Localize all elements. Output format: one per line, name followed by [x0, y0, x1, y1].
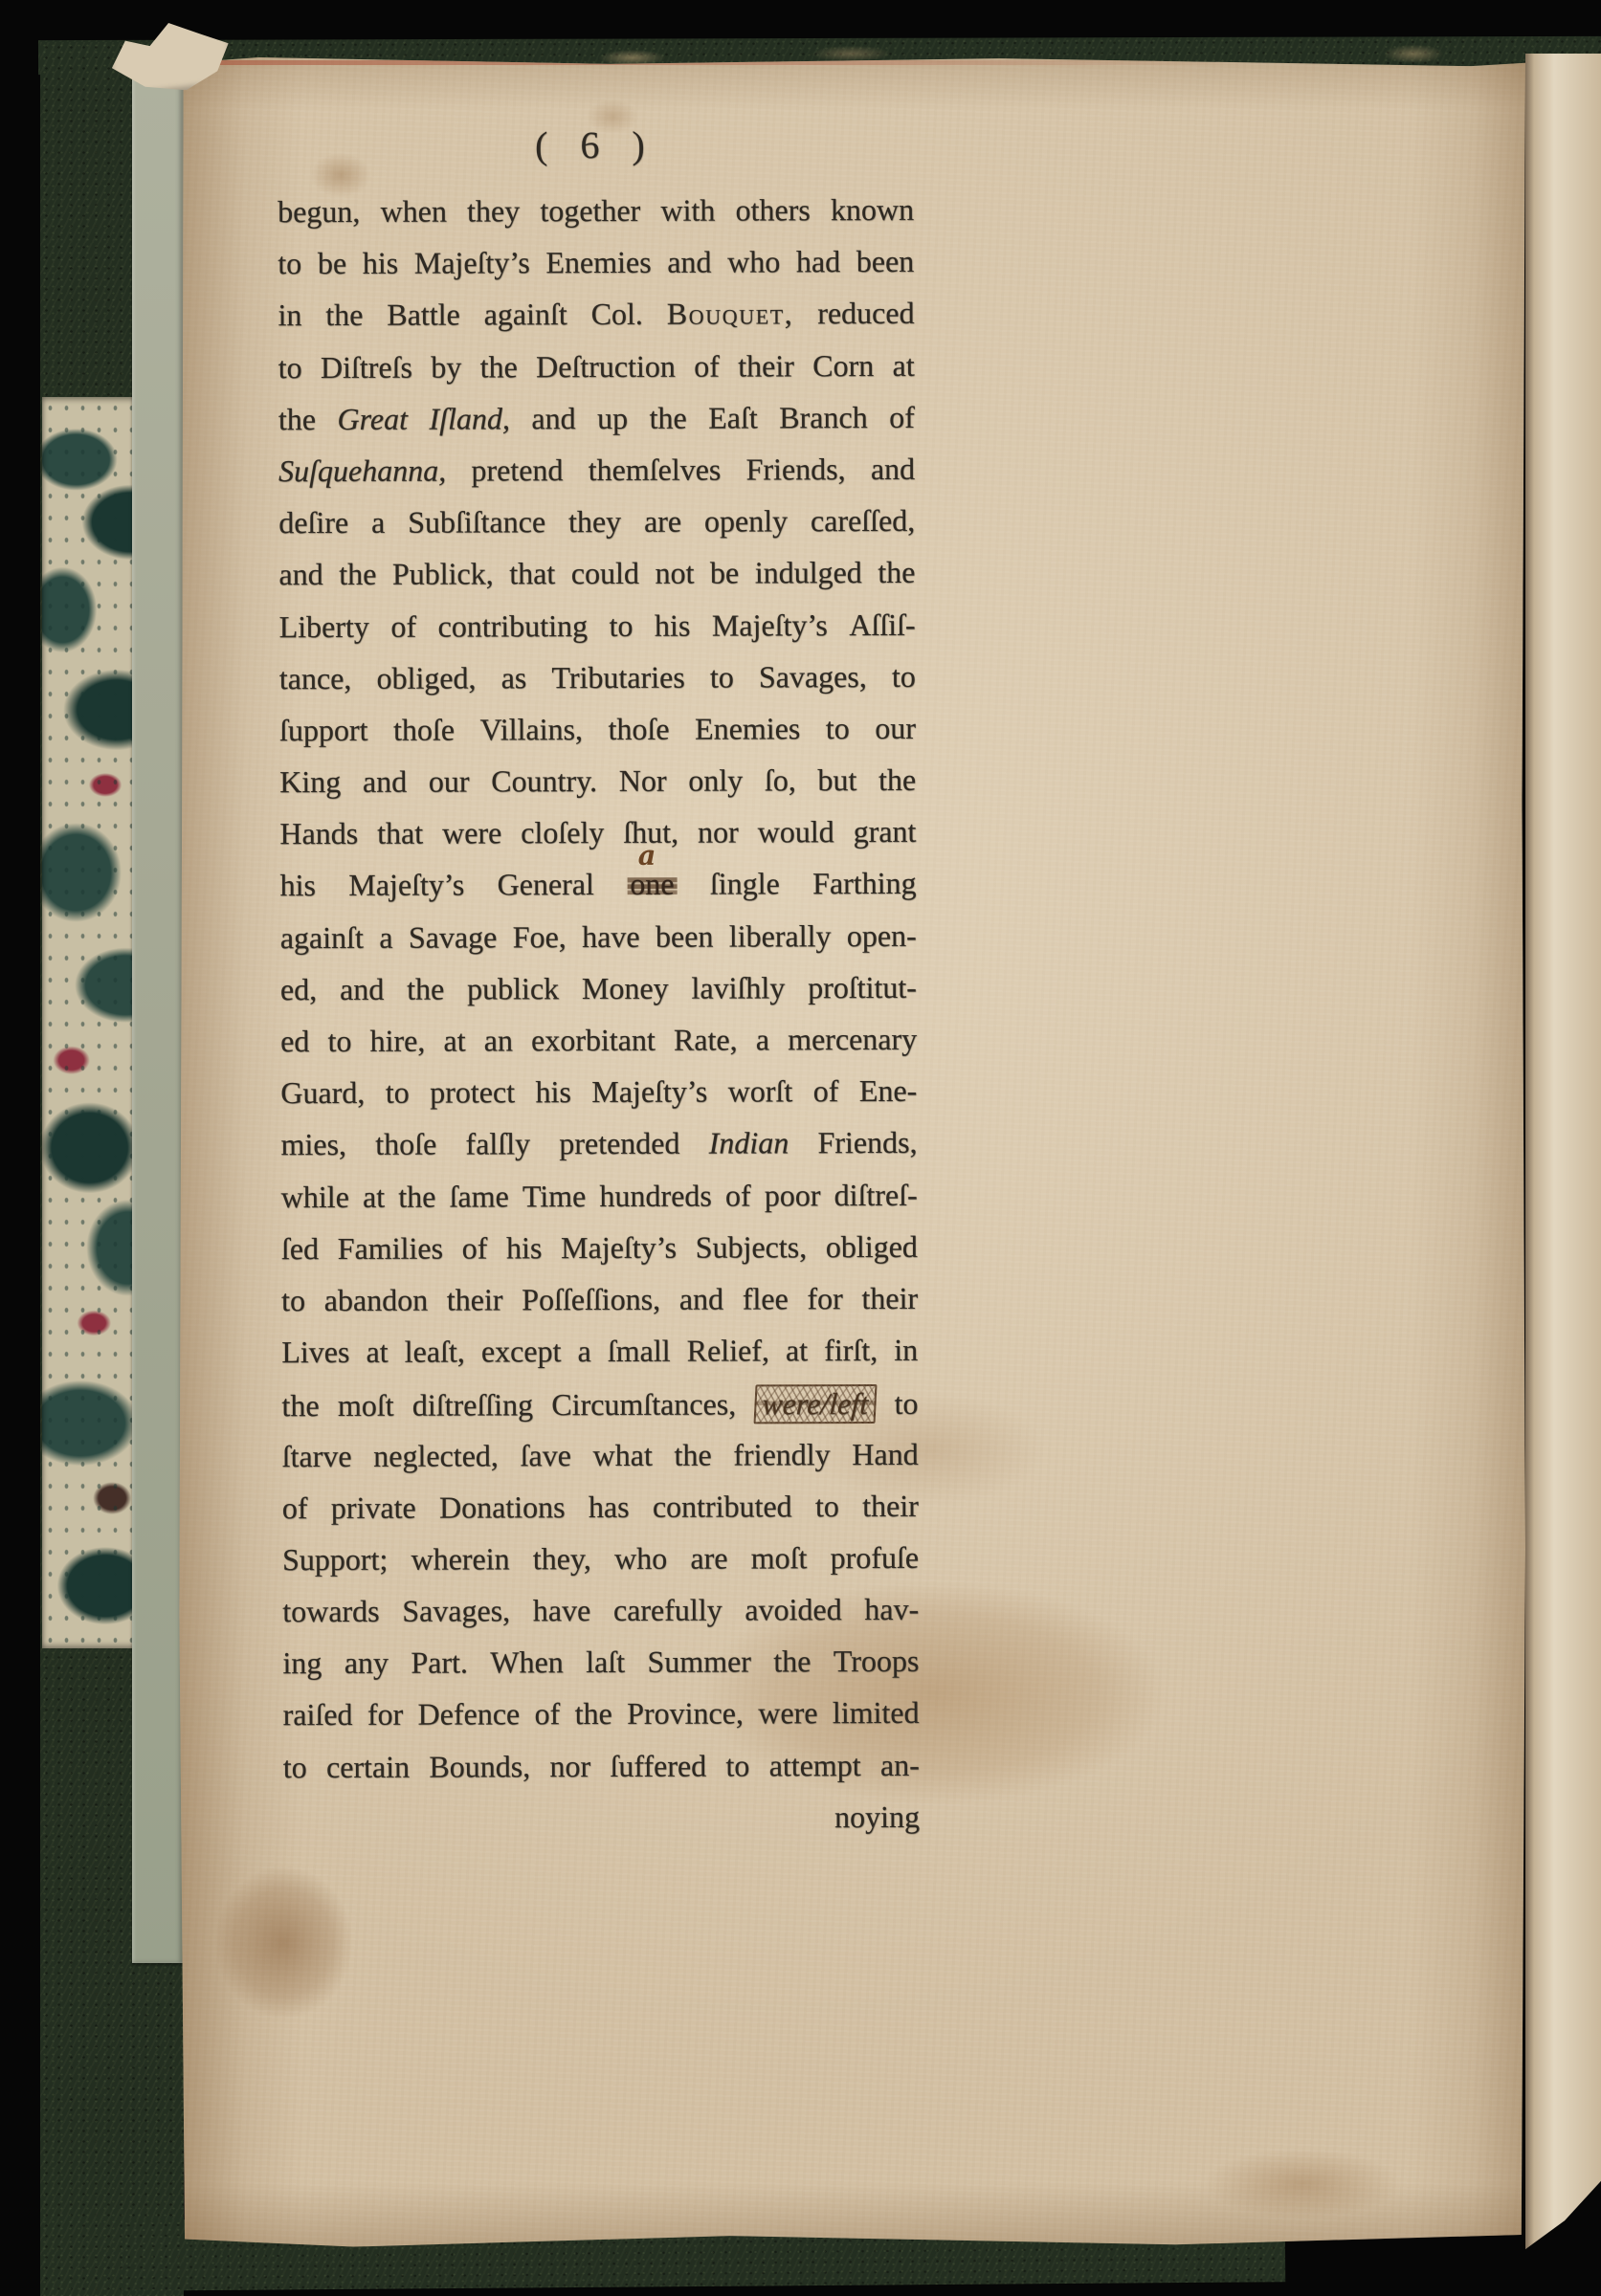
- text-word: deſire: [278, 505, 348, 541]
- text-word: their: [862, 1489, 919, 1524]
- text-word: Country.: [491, 763, 597, 799]
- text-line: toDiſtreſsbytheDeſtructionoftheirCornat: [278, 347, 915, 402]
- text-word: who: [727, 245, 780, 280]
- text-word: and: [278, 557, 322, 592]
- text-word: poor: [765, 1178, 821, 1213]
- text-word: pretend: [471, 453, 563, 488]
- text-word: of: [889, 400, 915, 435]
- text-word: ſo,: [765, 762, 796, 798]
- text-word: not: [655, 556, 694, 591]
- binding-tape-strip: [132, 71, 184, 1963]
- text-word: they: [568, 504, 621, 540]
- text-word: our: [429, 764, 470, 800]
- text-word: Savages,: [402, 1593, 510, 1628]
- text-word: to: [278, 350, 302, 386]
- text-word: are: [644, 504, 681, 540]
- text-word: with: [660, 193, 715, 229]
- text-word: except: [481, 1334, 562, 1369]
- handwritten-correction: a: [638, 839, 656, 872]
- text-word: that: [509, 556, 555, 591]
- text-word: in: [894, 1333, 918, 1368]
- text-line: ſupportthoſeVillains,thoſeEnemiestoour: [279, 711, 916, 765]
- text-word: obliged,: [376, 660, 476, 695]
- text-line: deſireaSubſiſtancetheyareopenlycareſſed,: [278, 503, 915, 558]
- text-word: againſt: [484, 297, 567, 332]
- text-word: at: [893, 347, 915, 383]
- text-word: moſt: [338, 1388, 394, 1424]
- text-word: to: [892, 659, 916, 695]
- text-word: only: [688, 763, 743, 799]
- text-word: of: [725, 1178, 751, 1213]
- text-line: Guard,toprotecthisMajeſty’sworſtofEne-: [280, 1073, 917, 1128]
- text-line: ofprivateDonationshascontributedtotheir: [282, 1489, 919, 1543]
- text-word: and: [531, 401, 575, 436]
- text-word: ſuffered: [610, 1748, 706, 1783]
- text-word: Summer: [647, 1645, 751, 1680]
- text-word: Guard,: [280, 1075, 365, 1111]
- text-word: liberally: [729, 918, 832, 954]
- text-word: the: [325, 298, 363, 333]
- text-word-it: Iſland,: [429, 401, 510, 436]
- text-word: had: [796, 244, 840, 279]
- text-word: moſt: [751, 1540, 808, 1576]
- text-word: at: [786, 1333, 808, 1368]
- text-word: of: [282, 1490, 308, 1526]
- text-word: Diſtreſs: [321, 349, 412, 385]
- text-word: contributed: [653, 1489, 792, 1525]
- text-word: they,: [533, 1541, 591, 1577]
- text-word: the: [878, 762, 916, 798]
- text-line: Suſquehanna,pretendthemſelvesFriends,and: [278, 452, 915, 506]
- text-line: towardsSavages,havecarefullyavoidedhav-: [282, 1592, 919, 1646]
- text-word: while: [281, 1179, 349, 1214]
- text-word: friendly: [733, 1437, 830, 1472]
- text-word: Ene-: [859, 1073, 918, 1109]
- text-word: Publick,: [392, 557, 494, 592]
- text-word: Majeſty’s: [591, 1074, 707, 1110]
- text-word: flee: [743, 1281, 789, 1316]
- text-word: ing: [282, 1645, 322, 1681]
- text-word: Majeſty’s: [561, 1229, 677, 1265]
- text-word: their: [738, 348, 794, 384]
- text-word: been: [856, 244, 915, 279]
- text-word: to: [826, 711, 850, 746]
- text-word: Subjects,: [696, 1229, 808, 1265]
- text-word: to: [895, 1386, 919, 1422]
- text-word: open-: [847, 917, 917, 953]
- text-word: hav-: [864, 1592, 919, 1627]
- text-line: tance,obliged,asTributariestoSavages,to: [279, 659, 916, 714]
- text-word: to: [327, 1024, 351, 1059]
- text-word: exorbitant: [531, 1023, 656, 1058]
- text-line: Support;whereinthey,whoaremoſtprofuſe: [282, 1540, 919, 1595]
- text-word: and: [667, 245, 711, 280]
- text-word: carefully: [613, 1593, 723, 1628]
- text-word: at: [363, 1179, 385, 1214]
- text-word: by: [431, 349, 461, 385]
- text-word: hundreds: [599, 1178, 711, 1213]
- text-word: his: [363, 246, 398, 281]
- text-line: LibertyofcontributingtohisMajeſty’sAſſiſ…: [279, 607, 916, 661]
- text-word: towards: [282, 1594, 379, 1629]
- text-word: wherein: [411, 1541, 509, 1577]
- text-line: toabandontheirPoſſeſſions,andfleeforthei…: [281, 1281, 918, 1336]
- text-word: Enemies: [695, 711, 800, 746]
- text-word: to: [386, 1075, 410, 1111]
- text-word: Defence: [418, 1697, 521, 1733]
- text-word: Branch: [779, 400, 868, 435]
- text-word: Money: [582, 971, 669, 1006]
- text-word: Battle: [387, 298, 460, 333]
- text-word: a: [371, 505, 385, 541]
- text-word: raiſed: [283, 1697, 353, 1733]
- text-word: cloſely: [521, 815, 604, 850]
- text-word: Savage: [409, 919, 498, 955]
- text-word: of: [462, 1230, 488, 1266]
- text-word: his: [655, 607, 690, 643]
- text-line: tobehisMajeſty’sEnemiesandwhohadbeen: [278, 244, 914, 298]
- text-word: Poſſeſſions,: [522, 1282, 660, 1318]
- text-word: the: [339, 557, 376, 592]
- text-word: the: [278, 402, 316, 437]
- text-word: firſt,: [824, 1333, 878, 1368]
- text-word: Corn: [812, 348, 874, 384]
- text-word: an: [484, 1023, 513, 1058]
- text-word: careſſed,: [811, 503, 915, 539]
- text-word: Lives: [281, 1335, 349, 1370]
- text-word: falſly: [465, 1127, 530, 1162]
- book-scan: ( 6 ) begun,whentheytogetherwithotherskn…: [0, 0, 1601, 2296]
- text-word: laſt: [586, 1645, 625, 1680]
- text-word: to: [283, 1750, 307, 1785]
- text-word: Families: [338, 1230, 443, 1266]
- text-word: have: [582, 918, 640, 954]
- text-word-scr1: onea: [627, 867, 677, 902]
- text-word: when: [381, 194, 447, 230]
- text-line: andthePublick,thatcouldnotbeindulgedthe: [278, 555, 915, 609]
- text-word: a: [577, 1334, 590, 1369]
- text-word: Aſſiſ-: [849, 607, 915, 642]
- text-word: Villains,: [480, 712, 584, 747]
- book-page: ( 6 ) begun,whentheytogetherwithotherskn…: [178, 57, 1525, 2250]
- text-word: Subſiſtance: [408, 504, 545, 541]
- text-word: Enemies: [545, 245, 651, 280]
- text-word: who: [614, 1541, 667, 1577]
- text-word: private: [331, 1490, 416, 1525]
- text-word: the: [281, 1388, 319, 1424]
- text-word: Foe,: [513, 919, 567, 955]
- text-word: been: [656, 918, 714, 954]
- text-lines: begun,whentheytogetherwithothersknowntob…: [278, 192, 920, 1801]
- text-word: the: [773, 1644, 811, 1679]
- adjacent-page-fold: [1525, 54, 1601, 2256]
- text-word: at: [443, 1023, 465, 1058]
- text-word: at: [366, 1335, 388, 1370]
- text-word: ſame: [449, 1179, 508, 1214]
- text-word-it: Great: [337, 401, 408, 436]
- text-word: ed,: [280, 972, 317, 1007]
- text-word-scr2: were/left: [754, 1384, 878, 1424]
- text-word: abandon: [324, 1283, 429, 1318]
- text-word: Friends,: [746, 452, 846, 487]
- text-word: proſtitut-: [808, 970, 917, 1005]
- page-text-block: ( 6 ) begun,whentheytogetherwithotherskn…: [278, 121, 920, 1853]
- catchword: noying: [283, 1799, 920, 1854]
- text-word: begun,: [278, 194, 360, 230]
- text-word: Part.: [411, 1645, 468, 1681]
- text-word: their: [447, 1282, 503, 1317]
- text-word: would: [758, 814, 834, 850]
- text-word: to: [278, 246, 301, 281]
- text-word: King: [279, 764, 341, 800]
- text-word: Rate,: [674, 1022, 738, 1057]
- text-word: thoſe: [375, 1127, 436, 1162]
- text-word: Majeſty’s: [348, 868, 464, 903]
- text-word: the: [878, 555, 915, 590]
- text-word: in: [278, 298, 301, 333]
- text-word: nor: [698, 815, 739, 850]
- text-word: mercenary: [788, 1022, 917, 1057]
- text-word: laviſhly: [691, 970, 785, 1005]
- text-word: of: [813, 1073, 839, 1109]
- text-word: to: [815, 1489, 839, 1524]
- text-word: any: [345, 1645, 389, 1681]
- text-word: the: [407, 971, 444, 1006]
- text-line: edtohire,atanexorbitantRate,amercenary: [280, 1022, 917, 1076]
- text-word: could: [571, 556, 639, 591]
- text-line: hisMajeſty’sGeneraloneaſingleFarthing: [280, 866, 917, 920]
- text-word: leaſt,: [405, 1335, 465, 1370]
- text-word: Friends,: [817, 1125, 917, 1160]
- text-line: KingandourCountry.Noronlyſo,butthe: [279, 762, 916, 817]
- text-word: they: [467, 193, 520, 229]
- text-word: the: [480, 349, 518, 385]
- text-word: has: [589, 1490, 630, 1525]
- text-word: General: [498, 867, 594, 902]
- text-word: Circumſtances,: [551, 1387, 736, 1424]
- text-word: When: [490, 1645, 564, 1680]
- text-word: Time: [523, 1179, 587, 1214]
- text-line: againſtaSavageFoe,havebeenliberallyopen-: [280, 917, 917, 972]
- text-word: ſingle: [710, 867, 780, 902]
- text-word: that: [377, 816, 423, 851]
- text-word: ed: [280, 1024, 309, 1059]
- text-word: Liberty: [279, 608, 369, 644]
- text-word: were: [758, 1696, 817, 1732]
- text-word: Support;: [282, 1542, 388, 1578]
- text-word: to: [725, 1748, 749, 1783]
- text-line: tocertainBounds,norſufferedtoattemptan-: [283, 1747, 920, 1801]
- text-word: themſelves: [589, 452, 722, 487]
- text-word: for: [807, 1281, 842, 1316]
- text-word: ſmall: [608, 1334, 671, 1369]
- text-word: to: [610, 607, 634, 643]
- text-word: hire,: [370, 1024, 426, 1059]
- text-line: Livesatleaſt,exceptaſmallRelief,atfirſt,…: [281, 1333, 918, 1387]
- text-word: ſave: [521, 1438, 571, 1473]
- text-word: Nor: [619, 763, 667, 799]
- text-word: diſtreſſing: [412, 1388, 533, 1424]
- text-word: diſtreſ-: [834, 1177, 918, 1212]
- text-word: as: [501, 660, 527, 695]
- text-word: againſt: [280, 919, 364, 955]
- text-line: mies,thoſefalſlypretendedIndianFriends,: [281, 1125, 918, 1180]
- text-word: are: [690, 1540, 727, 1576]
- text-word: of: [694, 348, 720, 384]
- text-line: raiſedforDefenceoftheProvince,werelimite…: [283, 1695, 920, 1750]
- text-word: Col.: [591, 297, 643, 332]
- text-word: what: [593, 1437, 653, 1472]
- text-word-it: Indian: [709, 1126, 789, 1161]
- text-word: certain: [326, 1749, 410, 1784]
- text-word: and: [363, 764, 407, 800]
- text-word: of: [535, 1697, 561, 1733]
- text-word: Farthing: [812, 866, 917, 901]
- text-word: their: [861, 1281, 918, 1316]
- text-word: tance,: [279, 661, 352, 696]
- text-word: nor: [549, 1749, 590, 1784]
- text-word: neglected,: [373, 1438, 499, 1473]
- text-word: be: [710, 556, 739, 591]
- text-word: to: [710, 659, 734, 695]
- text-line: theGreatIſland,anduptheEaſtBranchof: [278, 400, 915, 454]
- text-word: Bounds,: [429, 1749, 530, 1784]
- text-word: thoſe: [609, 712, 670, 747]
- text-word: thoſe: [393, 712, 455, 747]
- text-word: to: [281, 1283, 305, 1318]
- text-word: the: [650, 400, 687, 435]
- text-word: ſupport: [279, 713, 368, 748]
- text-line: intheBattleagainſtCol.Bouquet,reduced: [278, 296, 914, 350]
- text-word: Eaſt: [708, 400, 758, 435]
- text-word: Province,: [627, 1696, 744, 1732]
- catchword-text: noying: [834, 1799, 920, 1835]
- text-word: attempt: [769, 1748, 861, 1783]
- text-word: a: [756, 1022, 769, 1057]
- page-number-header: ( 6 ): [278, 121, 914, 194]
- text-word: Deſtruction: [536, 348, 676, 385]
- text-word: up: [597, 401, 628, 436]
- text-word: a: [379, 919, 392, 955]
- text-word: openly: [704, 503, 788, 539]
- text-line: ed,andthepublickMoneylaviſhlyproſtitut-: [280, 970, 917, 1025]
- text-word: our: [875, 711, 916, 746]
- text-word: and: [679, 1281, 723, 1316]
- text-word: for: [367, 1697, 403, 1733]
- text-word: others: [736, 192, 811, 228]
- text-word: known: [831, 192, 914, 228]
- text-word: the: [575, 1696, 612, 1732]
- text-word: obliged: [826, 1229, 918, 1265]
- text-word: Hand: [852, 1436, 918, 1471]
- text-word: were: [442, 816, 501, 851]
- text-line: inganyPart.WhenlaſtSummertheTroops: [282, 1644, 919, 1698]
- text-word-it: Suſquehanna,: [278, 453, 446, 489]
- text-line: begun,whentheytogetherwithothersknown: [278, 192, 914, 247]
- text-line: themoſtdiſtreſſingCircumſtances,were/lef…: [281, 1384, 918, 1439]
- text-word: limited: [833, 1695, 920, 1731]
- text-line: ſtarveneglected,ſavewhatthefriendlyHand: [282, 1436, 919, 1490]
- stain: [195, 1844, 372, 2041]
- text-word: together: [540, 193, 640, 229]
- text-word: his: [535, 1074, 570, 1110]
- text-word: ſed: [281, 1231, 319, 1267]
- text-word: publick: [467, 971, 559, 1006]
- text-word: worſt: [728, 1073, 793, 1109]
- text-word: of: [390, 608, 416, 644]
- text-word: Hands: [279, 816, 358, 851]
- text-word: Majeſty’s: [414, 245, 530, 280]
- text-word: the: [398, 1179, 435, 1214]
- text-word: grant: [854, 814, 917, 850]
- text-word: have: [533, 1593, 591, 1628]
- text-word: Donations: [439, 1490, 566, 1525]
- text-word: protect: [430, 1074, 515, 1110]
- text-word: an-: [880, 1747, 920, 1782]
- text-line: Handsthatwerecloſelyſhut,norwouldgrant: [279, 814, 916, 869]
- text-word: indulged: [755, 555, 862, 590]
- text-word-scw: Bouquet,: [667, 297, 794, 332]
- text-word: the: [674, 1437, 711, 1472]
- text-word: avoided: [745, 1592, 841, 1627]
- text-word: contributing: [438, 608, 589, 645]
- text-word: mies,: [281, 1127, 347, 1162]
- text-line: whileattheſameTimehundredsofpoordiſtreſ-: [281, 1177, 918, 1231]
- text-word: Relief,: [687, 1334, 769, 1369]
- text-word: Troops: [834, 1644, 920, 1679]
- text-word: his: [280, 868, 316, 903]
- text-word: Majeſty’s: [712, 607, 828, 643]
- text-word: but: [817, 762, 856, 798]
- text-word: reduced: [817, 296, 914, 331]
- text-word: ſtarve: [282, 1438, 352, 1473]
- text-line: ſedFamiliesofhisMajeſty’sSubjects,oblige…: [281, 1229, 918, 1284]
- text-word: profuſe: [831, 1540, 920, 1576]
- text-word: pretended: [559, 1126, 679, 1161]
- text-word: and: [340, 972, 384, 1007]
- stain: [1173, 2138, 1432, 2229]
- text-word: Savages,: [759, 659, 867, 695]
- text-word: Tributaries: [551, 659, 684, 695]
- text-word: and: [871, 452, 915, 487]
- text-word: be: [318, 246, 346, 281]
- text-word: his: [506, 1230, 542, 1266]
